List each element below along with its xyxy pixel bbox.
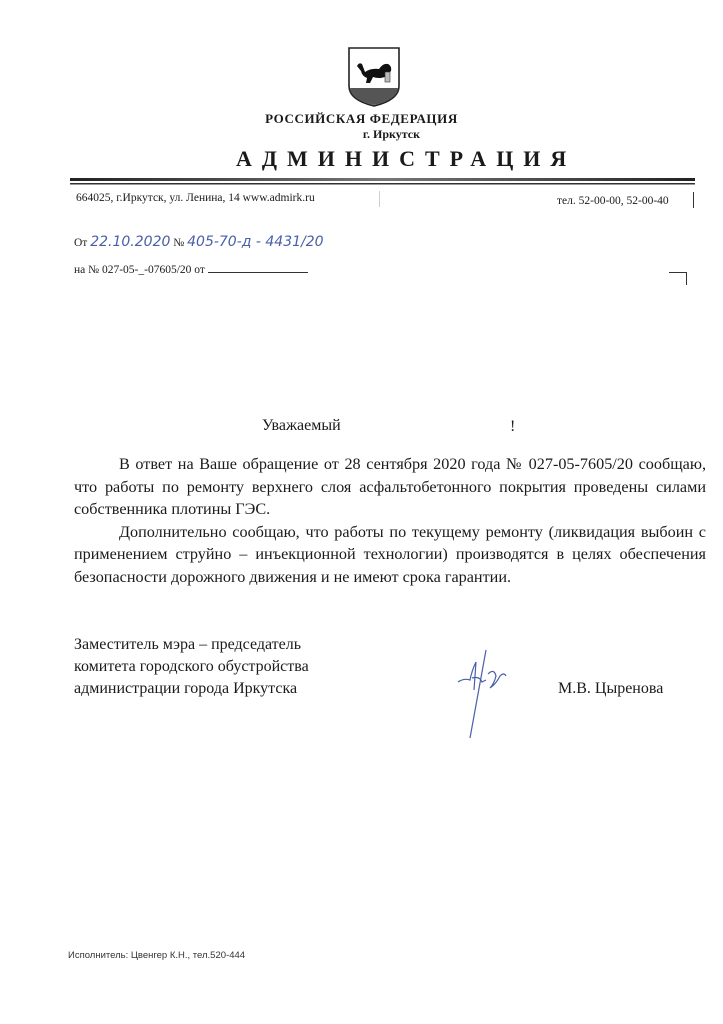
handwritten-signature-icon <box>450 640 540 740</box>
phone-line: тел. 52-00-00, 52-00-40 <box>557 195 669 207</box>
outgoing-reference: От 22.10.2020 № 405-70-д - 4431/20 <box>74 234 324 250</box>
body-paragraph: Дополнительно сообщаю, что работы по тек… <box>74 521 706 589</box>
signatory-title-line: Заместитель мэра – председатель <box>74 634 309 656</box>
organization-title: АДМИНИСТРАЦИЯ <box>236 146 576 172</box>
reply-to-text: на № 027-05-_-07605/20 от <box>74 264 205 276</box>
signatory-name: М.В. Цыренова <box>558 680 663 698</box>
handwritten-date: 22.10.2020 <box>90 234 170 250</box>
letterhead-divider <box>70 172 695 179</box>
coat-of-arms-icon <box>345 46 403 108</box>
phone-bar <box>693 192 694 208</box>
signatory-title-line: комитета городского обустройства <box>74 656 309 678</box>
salutation-exclamation: ! <box>510 418 515 436</box>
country-name: РОССИЙСКАЯ ФЕДЕРАЦИЯ <box>0 111 723 127</box>
letter-body: В ответ на Ваше обращение от 28 сентября… <box>74 453 706 588</box>
reply-reference: на № 027-05-_-07605/20 от <box>74 262 308 276</box>
address-corner-mark <box>669 272 687 285</box>
salutation: Уважаемый <box>262 417 341 435</box>
signatory-title: Заместитель мэра – председатель комитета… <box>74 634 309 700</box>
address-line: 664025, г.Иркутск, ул. Ленина, 14 www.ad… <box>76 192 315 204</box>
number-label: № <box>173 237 184 249</box>
handwritten-number: 405-70-д - 4431/20 <box>187 234 323 250</box>
body-paragraph: В ответ на Ваше обращение от 28 сентября… <box>74 453 706 521</box>
signatory-title-line: администрации города Иркутска <box>74 678 309 700</box>
city-name: г. Иркутск <box>30 127 723 142</box>
blank-date-line <box>208 262 308 273</box>
executor-note: Исполнитель: Цвенгер К.Н., тел.520-444 <box>68 950 245 961</box>
from-label: От <box>74 237 87 249</box>
address-separator <box>379 191 380 207</box>
